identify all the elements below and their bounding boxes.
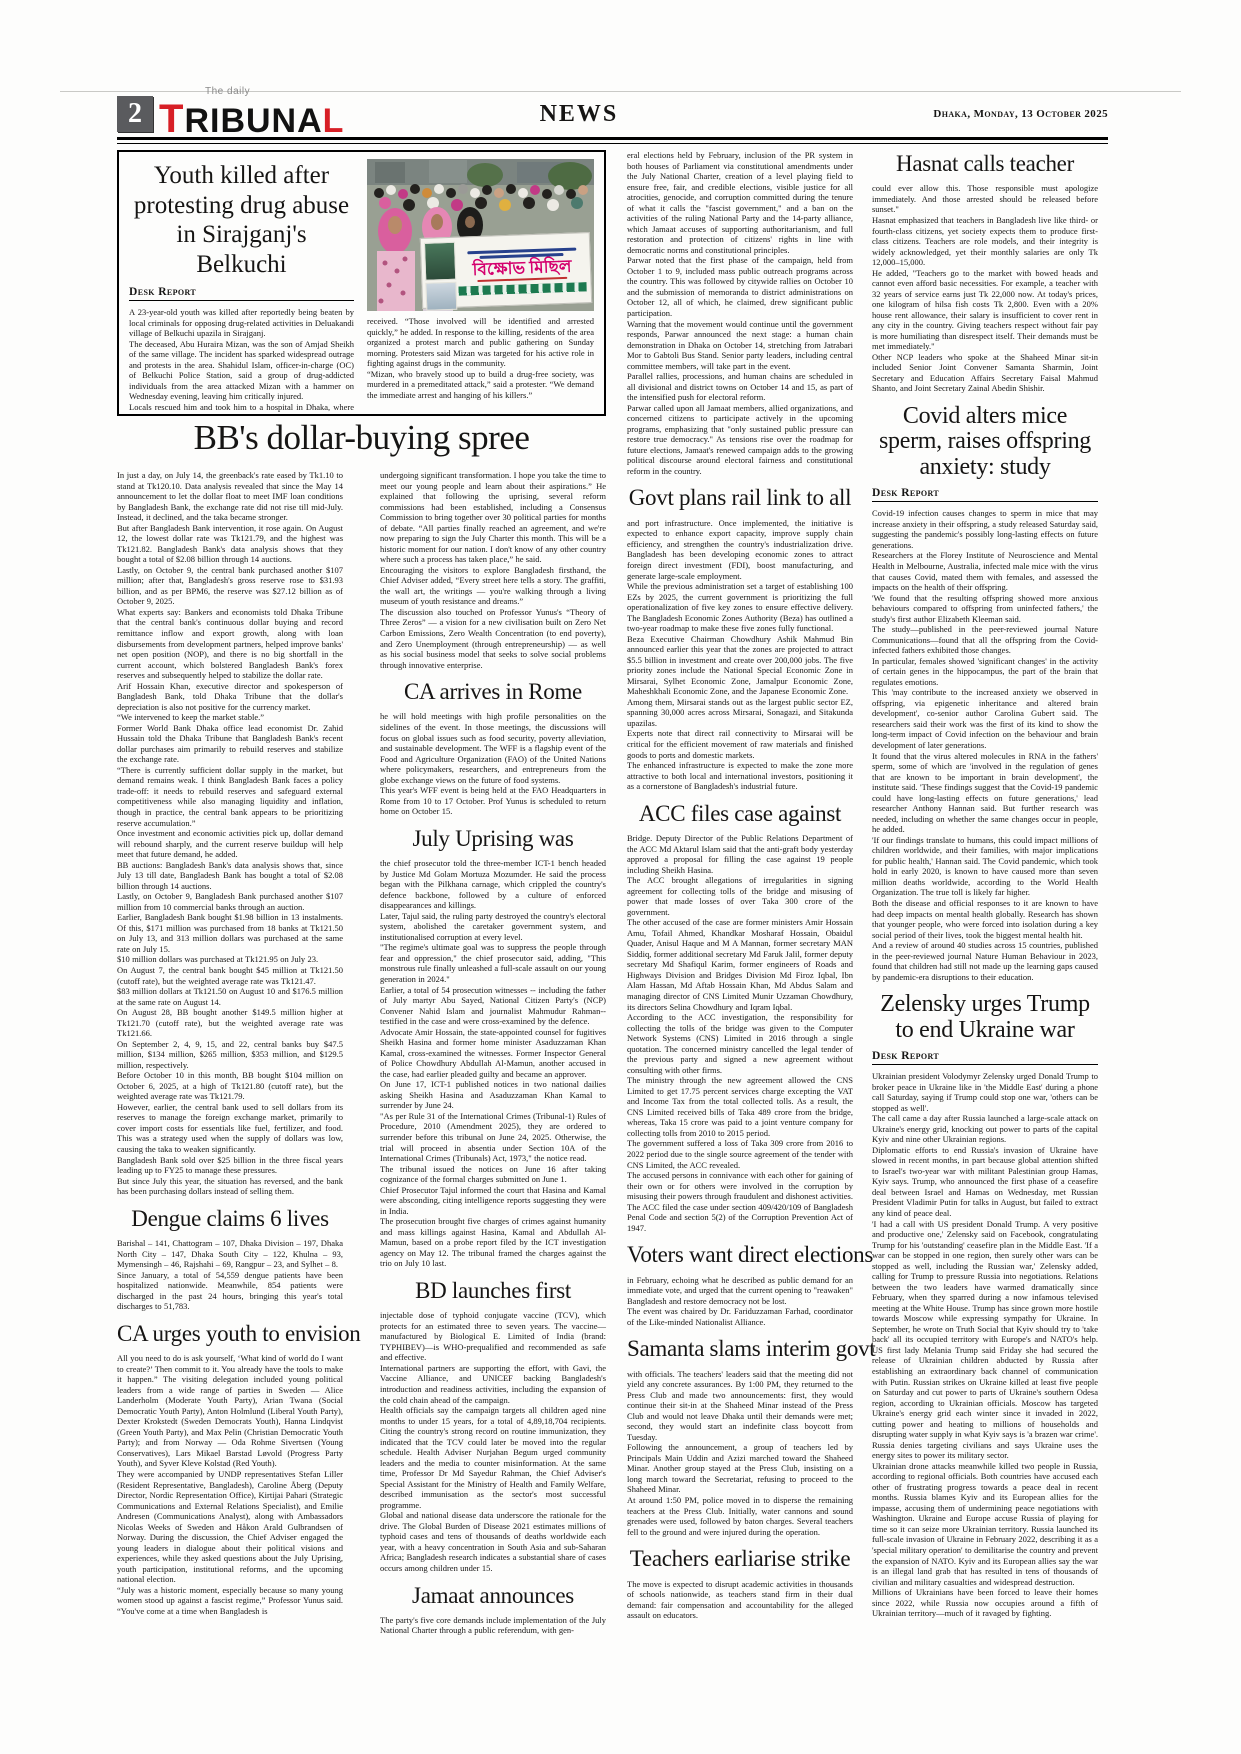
zelensky-body: Ukrainian president Volodymyr Zelensky u… — [872, 1071, 1098, 1619]
dateline: Dhaka, Monday, 13 October 2025 — [933, 108, 1108, 120]
header-rule-thick — [117, 137, 1108, 140]
dengue-body: Barishal – 141, Chattogram – 107, Dhaka … — [117, 1238, 343, 1312]
zelensky-byline: Desk Report — [872, 1050, 1098, 1065]
teachers-strike-body: The move is expected to disrupt academic… — [627, 1579, 853, 1621]
column-2: undergoing significant transformation. I… — [380, 470, 606, 1636]
ca-urges-youth-continuation: undergoing significant transformation. I… — [380, 470, 606, 670]
section-label: NEWS — [284, 101, 873, 128]
govt-rail-link-body: and port infrastructure. Once implemente… — [627, 518, 853, 792]
headline-july-uprising: July Uprising was — [380, 827, 606, 851]
jamaat-announces-body: The party's five core demands include im… — [380, 1615, 606, 1636]
page-number: 2 — [117, 96, 153, 132]
top-story-body-left: A 23-year-old youth was killed after rep… — [129, 307, 354, 416]
top-story-headline: Youth killed after protesting drug abuse… — [129, 161, 354, 279]
top-story-text-column: Youth killed after protesting drug abuse… — [129, 159, 354, 407]
headline-hasnat-calls-teacher: Hasnat calls teacher — [872, 152, 1098, 176]
acc-files-case-body: Bridge. Deputy Director of the Public Re… — [627, 833, 853, 1233]
bd-launches-body: injectable dose of typhoid conjugate vac… — [380, 1310, 606, 1573]
top-story-body-right: received. “Those involved will be identi… — [367, 316, 594, 400]
voters-direct-elections-body: in February, echoing what he described a… — [627, 1275, 853, 1328]
headline-govt-rail-link: Govt plans rail link to all — [627, 486, 853, 510]
headline-samanta-slams: Samanta slams interim govt — [627, 1337, 853, 1361]
ca-urges-youth-body: All you need to do is ask yourself, ‘Wha… — [117, 1353, 343, 1616]
headline-acc-files-case: ACC files case against — [627, 802, 853, 826]
hospital-photo-inset — [426, 282, 458, 311]
protest-photo: বিক্ষোভ মিছিল — [367, 159, 594, 311]
headline-jamaat-announces: Jamaat announces — [380, 1584, 606, 1608]
hasnat-body: could ever allow this. Those responsible… — [872, 183, 1098, 394]
masthead-letter-t: T — [159, 97, 184, 141]
headline-zelensky-urges-trump: Zelensky urges Trump to end Ukraine war — [872, 992, 1098, 1043]
headline-teachers-strike: Teachers earliarise strike — [627, 1547, 853, 1571]
column-4: Hasnat calls teacher could ever allow th… — [872, 150, 1098, 1619]
ca-arrives-rome-body: he will hold meetings with high profile … — [380, 711, 606, 816]
headline-bd-launches-first: BD launches first — [380, 1279, 606, 1303]
top-story-byline: Desk Report — [129, 286, 354, 301]
covid-byline: Desk Report — [872, 487, 1098, 502]
bb-dollar-body: In just a day, on July 14, the greenback… — [117, 470, 343, 1197]
headline-dengue: Dengue claims 6 lives — [117, 1207, 343, 1231]
samanta-slams-body: with officials. The teachers' leaders sa… — [627, 1369, 853, 1538]
protest-banner: বিক্ষোভ মিছিল — [420, 232, 593, 309]
column-1: In just a day, on July 14, the greenback… — [117, 470, 343, 1616]
header-rule-thin — [117, 143, 1108, 144]
headline-ca-urges-youth: CA urges youth to envision — [117, 1322, 343, 1346]
jamaat-continuation: eral elections held by February, inclusi… — [627, 150, 853, 476]
headline-covid-mice-sperm: Covid alters mice sperm, raises offsprin… — [872, 404, 1098, 480]
july-uprising-body: the chief prosecutor told the three-memb… — [380, 858, 606, 1269]
protest-banner-text: বিক্ষোভ মিছিল — [473, 257, 572, 277]
victim-photo-inset — [424, 242, 456, 281]
top-story-photo-column: বিক্ষোভ মিছিল received. “Those involved … — [367, 159, 594, 407]
covid-body: Covid-19 infection causes changes to spe… — [872, 508, 1098, 982]
top-story-box: Youth killed after protesting drug abuse… — [117, 150, 606, 416]
headline-bb-dollar-spree: BB's dollar-buying spree — [117, 420, 606, 457]
headline-ca-arrives-rome: CA arrives in Rome — [380, 680, 606, 704]
page-header: 2 The daily TRIBUNAL NEWS Dhaka, Monday,… — [117, 94, 1108, 134]
banner-bottom-strip — [459, 282, 588, 295]
column-3: eral elections held by February, inclusi… — [627, 150, 853, 1621]
headline-voters-direct-elections: Voters want direct elections — [627, 1243, 853, 1267]
masthead-tagline: The daily — [205, 86, 344, 97]
